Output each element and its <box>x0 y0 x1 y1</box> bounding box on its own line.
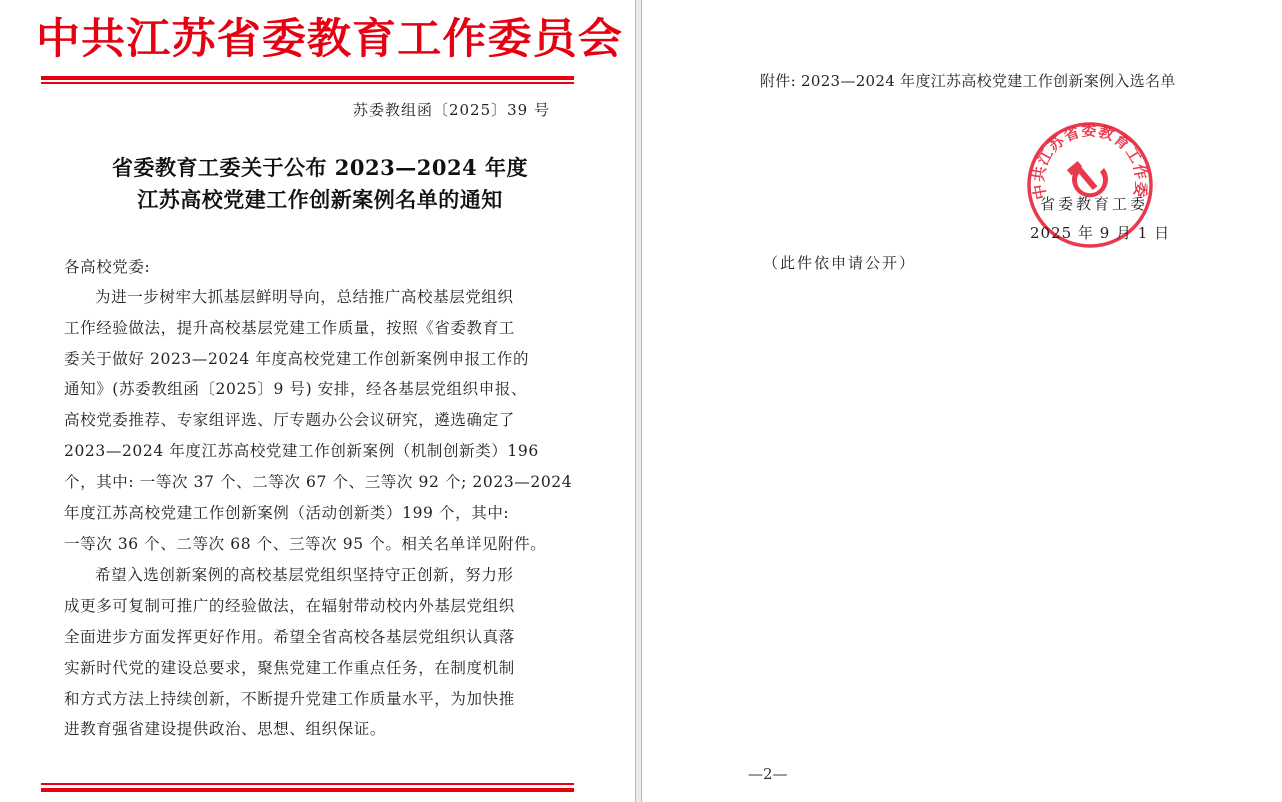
document-page-1: 中共江苏省委教育工作委员会 苏委教组函〔2025〕39 号 省委教育工委关于公布… <box>0 0 635 802</box>
page-number: —2— <box>748 765 788 783</box>
body-line: 和方式方法上持续创新，不断提升党建工作质量水平，为加快推 <box>64 687 515 709</box>
attachment-title: 附件: 2023—2024 年度江苏高校党建工作创新案例入选名单 <box>760 70 1176 91</box>
body-line: 委关于做好 2023—2024 年度高校党建工作创新案例申报工作的 <box>64 347 529 369</box>
document-page-2 <box>642 0 1282 802</box>
body-line: 全面进步方面发挥更好作用。希望全省高校各基层党组织认真落 <box>64 625 515 647</box>
body-line: 工作经验做法，提升高校基层党建工作质量，按照《省委教育工 <box>64 316 515 338</box>
body-line: 2023—2024 年度江苏高校党建工作创新案例（机制创新类）196 <box>64 439 539 461</box>
masthead-rule-thin <box>41 82 574 84</box>
notice-title-line-1: 省委教育工委关于公布 2023—2024 年度 <box>60 152 580 182</box>
body-line: 实新时代党的建设总要求，聚焦党建工作重点任务，在制度机制 <box>64 656 515 678</box>
svg-text:中共江苏省委教育工作委员会: 中共江苏省委教育工作委员会 <box>1025 120 1151 201</box>
salutation: 各高校党委: <box>64 255 150 277</box>
page-divider <box>635 0 642 802</box>
body-line: 年度江苏高校党建工作创新案例（活动创新类）199 个，其中: <box>64 501 509 523</box>
masthead-title: 中共江苏省委教育工作委员会 <box>36 12 582 66</box>
signature-date: 2025 年 9 月 1 日 <box>1030 222 1170 243</box>
body-line: 进教育强省建设提供政治、思想、组织保证。 <box>64 717 386 739</box>
body-line: 为进一步树牢大抓基层鲜明导向，总结推广高校基层党组织 <box>95 285 514 307</box>
signature-organization: 省委教育工委 <box>1040 193 1148 214</box>
document-number: 苏委教组函〔2025〕39 号 <box>353 99 550 120</box>
footer-rule-thick <box>41 788 574 792</box>
masthead-rule-thick <box>41 76 574 80</box>
notice-title-line-2: 江苏高校党建工作创新案例名单的通知 <box>60 184 580 214</box>
body-line: 高校党委推荐、专家组评选、厅专题办公会议研究，遴选确定了 <box>64 408 515 430</box>
disclosure-note: （此件依申请公开） <box>763 252 916 273</box>
body-line: 一等次 36 个、二等次 68 个、三等次 95 个。相关名单详见附件。 <box>64 532 546 554</box>
body-line: 通知》(苏委教组函〔2025〕9 号) 安排，经各基层党组织申报、 <box>64 377 527 399</box>
body-line: 成更多可复制可推广的经验做法，在辐射带动校内外基层党组织 <box>64 594 515 616</box>
body-line: 希望入选创新案例的高校基层党组织坚持守正创新，努力形 <box>95 563 514 585</box>
footer-rule-thin <box>41 783 574 785</box>
body-line: 个，其中: 一等次 37 个、二等次 67 个、三等次 92 个; 2023—2… <box>64 470 572 492</box>
seal-text: 中共江苏省委教育工作委员会 <box>1025 120 1151 201</box>
